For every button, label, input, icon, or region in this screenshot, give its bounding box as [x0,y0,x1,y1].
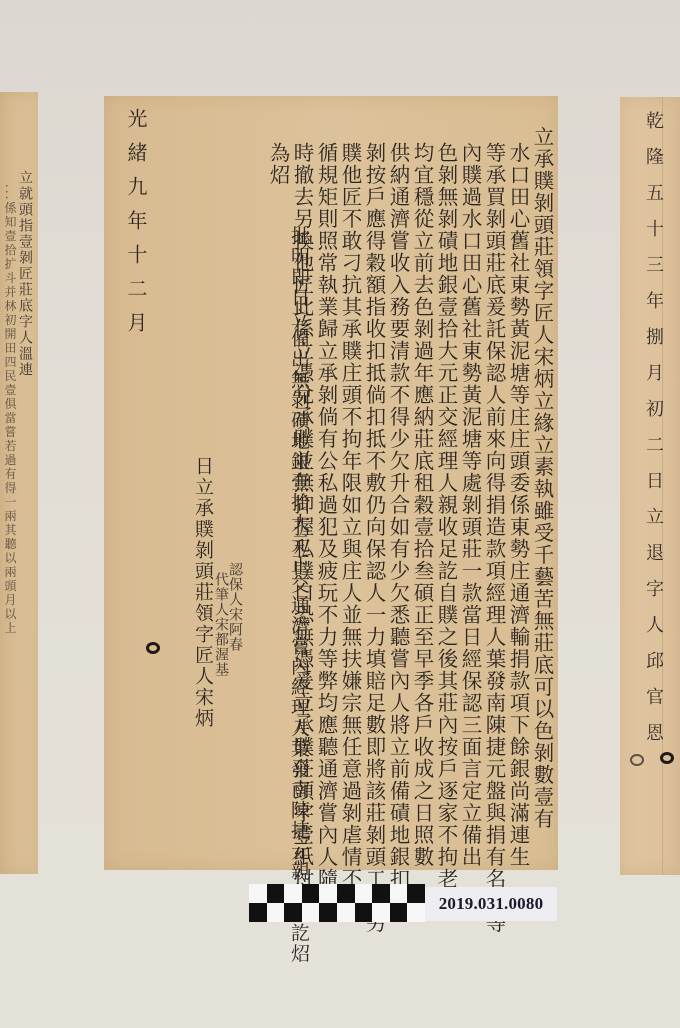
scale-square [407,884,425,903]
scale-square [267,903,285,922]
deed-date: 光緒九年十二月 [126,108,146,346]
deed-body-column: 剝按戶應得穀額指收扣抵倘扣抵不敷仍向保認人一力填賠足數即將該莊剝頭工夫另 [364,142,385,934]
scale-square [319,884,337,903]
scale-square [284,903,302,922]
deed-body-column: 等承買剝頭莊底爰託保認人前來向得捐造款項經理人葉發南陳捷元盤與捐有名人等 [484,142,505,934]
deed-body-column: 均宜穩從立前去色剝過年應納莊底租穀壹拾叁碩正至早季各戶收成之日照數 [412,142,433,868]
scale-square [249,903,267,922]
left-document-fragment: 立就頭指壹剝匠莊底字人溫連 ...係知壹拾扩斗并林初開田四民壹俱當嘗若過有得一兩… [0,92,38,874]
deed-scribe: 代筆人宋都渥基 [214,572,228,677]
scale-square [372,884,390,903]
scale-square [390,884,408,903]
scale-square [267,884,285,903]
main-deed-document: 立承贌剝頭莊領字匠人宋炳立緣立素執雖受千藝苦無莊底可以色剝數壹有 水口田心舊社東… [104,96,558,870]
deed-body-column: 供納通濟嘗收入務要清款不得少欠升合如有少欠悉聽嘗內人將立前備磧地銀扣 [388,142,409,890]
deed-body-column: 贌他匠不敢刁抗其承贌庄頭不拘年限如立與庄人並無扶嫌宗無任意過剝虐情不 [340,142,361,890]
scale-square [390,903,408,922]
accession-number-label: 2019.031.0080 [425,887,557,921]
deed-guarantor: 認保人宋阿春 [228,562,242,652]
right-fragment-column: 乾隆五十三年捌月初二日立退字人邱官恩 [644,111,662,759]
scale-square [337,903,355,922]
signature-mark-icon [660,752,674,764]
scale-square [302,903,320,922]
signature-mark-icon [146,642,160,654]
color-scale-bar [249,884,425,922]
scale-square [302,884,320,903]
faint-mark-icon [630,754,644,766]
deed-body-column: 內贌過水口田心舊社東勢黃泥塘等處剝頭莊一款當日經保認三面言定立備出 [460,142,481,868]
deed-body-column: 為炤 [268,142,289,186]
deed-body-column: 立承贌剝頭莊領字匠人宋炳立緣立素執雖受千藝苦無莊底可以色剝數壹有 [532,126,553,830]
deed-body-column: 水口田心舊社東勢黃泥塘等庄庄頭委係東勢庄通濟輸捐款項下餘銀尚滿連生 [508,142,529,868]
scale-square [249,884,267,903]
scale-square [372,903,390,922]
left-fragment-column-1: 立就頭指壹剝匠莊底字人溫連 [18,170,32,378]
scale-square [355,884,373,903]
scale-square [284,884,302,903]
scale-square [319,903,337,922]
deed-body-column: 色剝無剝磧地銀壹拾大元正交經理人親收足訖自贌之後其莊內按戶逐家不拘老幼 [436,142,457,912]
deed-body-column: 循規矩則照常執業歸立承剝倘有公私過犯及疲玩不力等弊均應聽通濟嘗內人隨 [316,142,337,890]
right-document-fragment: 乾隆五十三年捌月初二日立退字人邱官恩 [620,97,680,875]
deed-postscript: 批明即日立備出無剝磧地銀壹拾大元正交通濟嘗內經理人葉發南陳捷元親收足訖炤 [289,226,308,964]
left-fragment-column-2: ...係知壹拾扩斗并林初開田四民壹俱當嘗若過有得一兩其聽以兩頭月以上 [4,184,16,635]
scale-square [355,903,373,922]
scale-square [407,903,425,922]
scale-square [337,884,355,903]
deed-signatory: 日立承贌剝頭莊領字匠人宋炳 [193,456,212,729]
